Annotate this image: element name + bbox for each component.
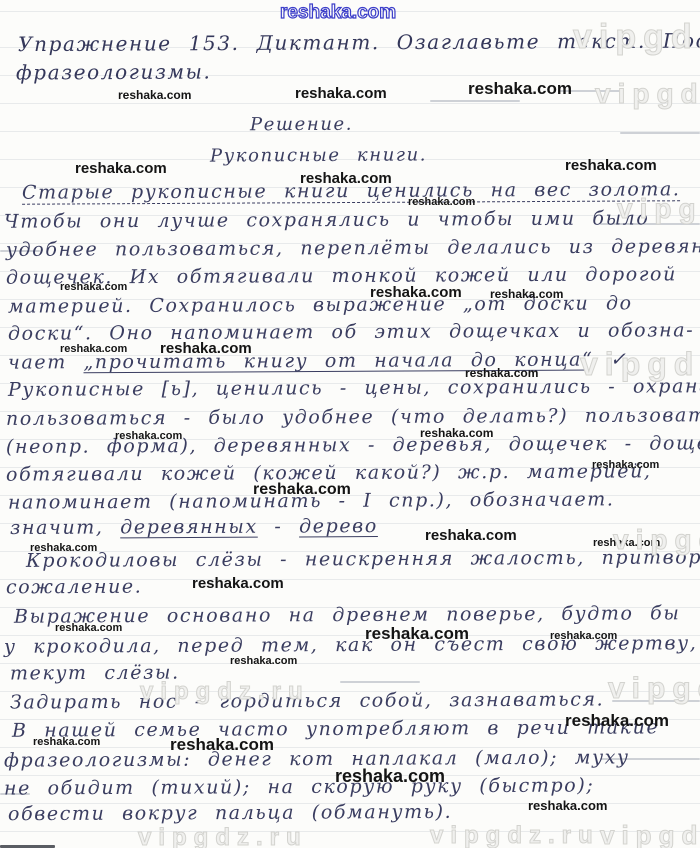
watermark-vipgdz: vipgdz: [617, 193, 700, 225]
watermark-reshaka: reshaka.com: [118, 88, 191, 102]
watermark-reshaka: reshaka.com: [592, 459, 659, 471]
handwriting-line: В нашей семье часто употребляют в речи т…: [12, 716, 659, 741]
watermark-reshaka: reshaka.com: [75, 160, 167, 177]
watermark-reshaka: reshaka.com: [420, 426, 493, 440]
watermark-vipgdz: vipgdz.: [573, 18, 700, 57]
watermark-reshaka: reshaka.com: [30, 542, 97, 554]
handwriting-line: удобнее пользоваться, переплёты делались…: [6, 235, 700, 261]
watermark-reshaka: reshaka.com: [370, 284, 462, 301]
watermark-reshaka: reshaka.com: [365, 624, 469, 644]
watermark-reshaka: reshaka.com: [295, 85, 387, 102]
watermark-reshaka: reshaka.com: [468, 79, 572, 99]
watermark-vipgdz: vipgdz.: [580, 346, 700, 383]
handwriting-line: Чтобы они лучше сохранялись и чтобы ими …: [4, 207, 649, 232]
handwriting-line: фразеологизмы: денег кот наплакал (мало)…: [4, 746, 630, 771]
handwriting-text: пользоваться - было удобнее (что делать?…: [6, 404, 700, 430]
handwriting-text: деревянных: [120, 516, 258, 539]
handwriting-text: -: [258, 515, 299, 537]
handwriting-line: обвести вокруг пальца (обмануть).: [8, 801, 452, 825]
watermark-vipgdz: vipgdz: [600, 820, 700, 848]
watermark-reshaka: reshaka.com: [160, 340, 252, 357]
scan-smudge: [340, 681, 420, 683]
watermark-reshaka: reshaka.com: [170, 735, 274, 755]
solution-title: Рукописные книги.: [210, 144, 427, 166]
watermark-reshaka: reshaka.com: [60, 281, 127, 293]
handwriting-text: Крокодиловы слёзы - неискренняя жалость,…: [26, 546, 700, 572]
handwriting-line: Крокодиловы слёзы - неискренняя жалость,…: [26, 546, 700, 572]
watermark-reshaka: reshaka.com: [253, 481, 351, 499]
handwriting-text: В нашей семье часто употребляют в речи т…: [12, 716, 659, 741]
watermark-reshaka: reshaka.com: [335, 766, 445, 787]
watermark-reshaka-blue: reshaka.com: [280, 2, 396, 24]
handwriting-text: Рукописные книги.: [210, 144, 427, 166]
handwriting-line: значит, деревянных - дерево: [10, 515, 378, 539]
handwriting-text: Чтобы они лучше сохранялись и чтобы ими …: [4, 207, 649, 232]
handwriting-text: фразеологизмы.: [16, 59, 212, 84]
watermark-reshaka: reshaka.com: [408, 196, 475, 208]
watermark-vipgdz: vipgdz: [613, 524, 700, 556]
watermark-reshaka: reshaka.com: [565, 711, 669, 731]
watermark-reshaka: reshaka.com: [425, 527, 517, 544]
handwriting-text: (неопр. форма), деревянных - деревья, до…: [6, 432, 700, 458]
watermark-vipgdz: vipgdz.ru: [138, 824, 308, 848]
handwriting-text: фразеологизмы: денег кот наплакал (мало)…: [4, 746, 630, 771]
handwriting-text: удобнее пользоваться, переплёты делались…: [6, 235, 700, 261]
handwriting-text: сожаление.: [6, 576, 143, 599]
watermark-reshaka: reshaka.com: [55, 622, 122, 634]
watermark-reshaka: reshaka.com: [230, 655, 297, 667]
watermark-reshaka: reshaka.com: [60, 343, 127, 355]
watermark-reshaka: reshaka.com: [528, 798, 608, 813]
watermark-reshaka: reshaka.com: [465, 366, 538, 380]
handwriting-line: (неопр. форма), деревянных - деревья, до…: [6, 432, 700, 458]
handwriting-line: сожаление.: [6, 576, 143, 599]
handwriting-text: Решение.: [250, 114, 353, 136]
handwriting-text: доски“. Оно напоминает об этих дощечках …: [8, 319, 694, 345]
watermark-reshaka: reshaka.com: [115, 430, 182, 442]
handwriting-line: доски“. Оно напоминает об этих дощечках …: [8, 319, 694, 345]
watermark-reshaka: reshaka.com: [33, 736, 100, 748]
watermark-vipgdz: vipgdz.ru: [430, 822, 600, 848]
notebook-page: reshaka.com Упражнение 153. Диктант. Оза…: [0, 0, 700, 848]
watermark-reshaka: reshaka.com: [192, 575, 284, 592]
task-header-line-2: фразеологизмы.: [16, 59, 212, 84]
solution-label: Решение.: [250, 114, 353, 136]
handwriting-line: пользоваться - было удобнее (что делать?…: [6, 404, 700, 430]
watermark-vipgdz: vipgdz.: [608, 672, 700, 706]
scan-smudge: [620, 132, 700, 134]
watermark-reshaka: reshaka.com: [490, 287, 563, 301]
handwriting-text: не обидит (тихий); на скорую руку (быстр…: [4, 774, 594, 799]
handwriting-text: значит,: [10, 516, 120, 539]
handwriting-text: дерево: [299, 515, 378, 537]
watermark-vipgdz: vipgdz.ru: [140, 678, 310, 706]
watermark-reshaka: reshaka.com: [300, 170, 392, 187]
handwriting-text: обвести вокруг пальца (обмануть).: [8, 801, 452, 825]
handwriting-line: не обидит (тихий); на скорую руку (быстр…: [4, 774, 594, 799]
watermark-reshaka: reshaka.com: [550, 630, 617, 642]
watermark-vipgdz: vipgdz: [595, 78, 700, 110]
watermark-reshaka: reshaka.com: [565, 157, 657, 174]
scan-smudge: [430, 100, 520, 102]
